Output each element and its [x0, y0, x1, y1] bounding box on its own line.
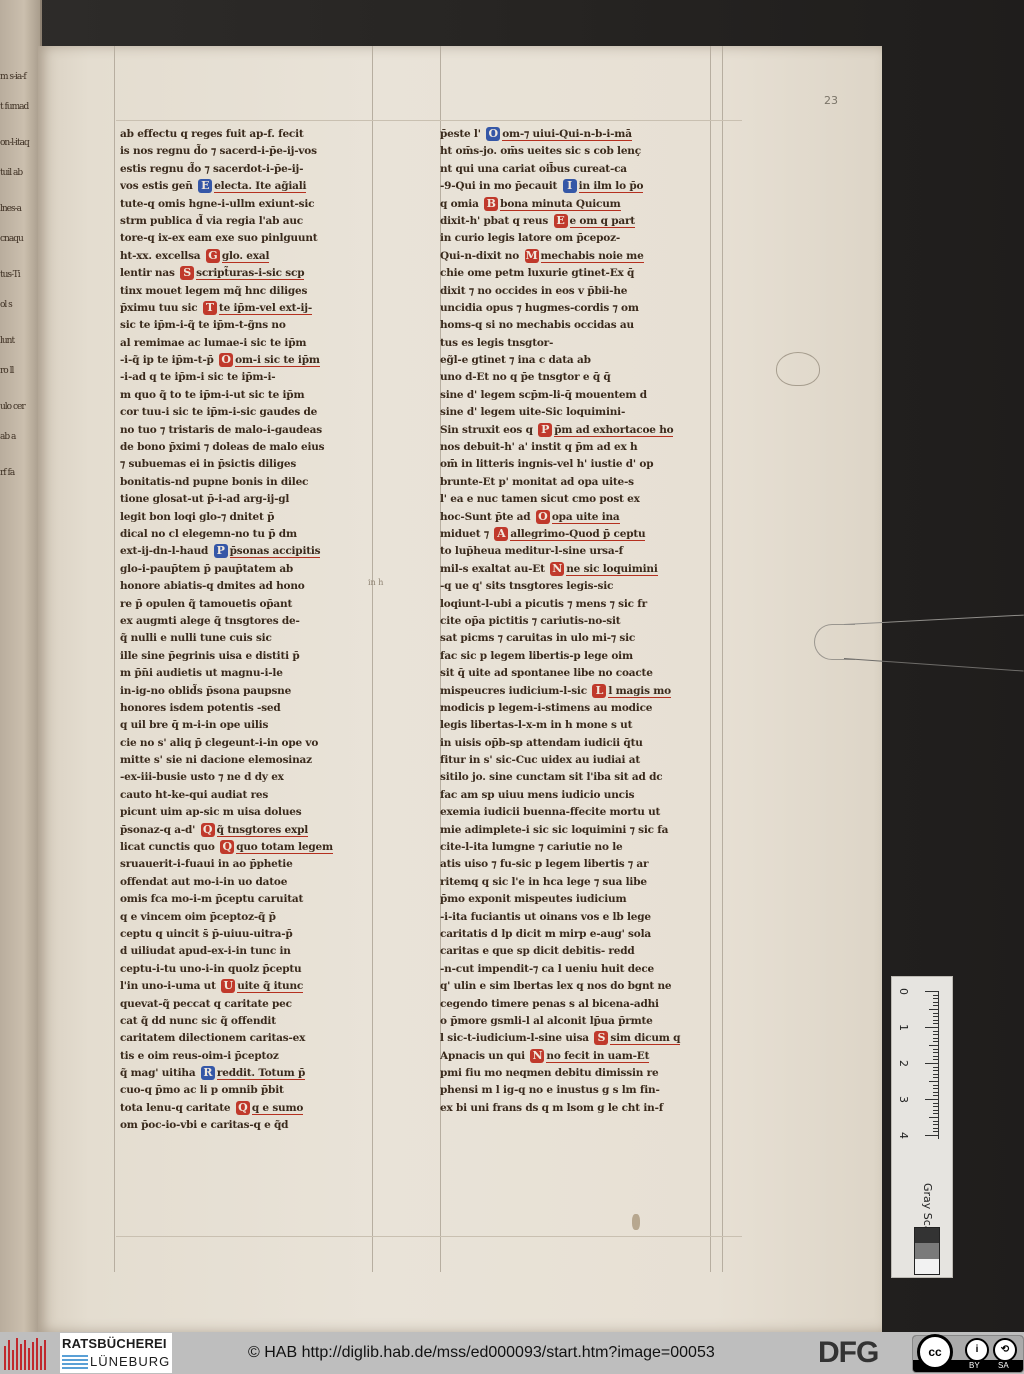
license-sa-label: SA — [998, 1361, 1009, 1370]
manuscript-line: sit q̄ uite ad spontanee libe no coacte — [440, 665, 708, 682]
manuscript-line: glo-i-paup̄tem p̄ paup̄tatem ab — [120, 561, 376, 578]
manuscript-line: -i-q̃ ip te ip̄m-t-p̄ Oom-i sic te ip̄m — [120, 352, 376, 369]
ruler-tick — [933, 995, 939, 996]
ruler-number: 4 — [897, 1132, 910, 1139]
manuscript-line: -q ue q' sits tnsgtores legis-sic — [440, 578, 708, 595]
library-logo-line2: LÜNEBURG — [90, 1354, 170, 1369]
rubricated-initial: G — [206, 249, 220, 263]
manuscript-line: bonitatis-nd pupne bonis in dilec — [120, 474, 376, 491]
manuscript-line: ceptu q uincit s̄ p̄-uiuu-uitra-p̄ — [120, 926, 376, 943]
folio-number: 23 — [824, 94, 838, 107]
facing-page-line: lunt — [0, 334, 40, 348]
manuscript-line: honores isdem potentis -sed — [120, 700, 376, 717]
manuscript-line: sitilo jo. sine cunctam sit l'iba sit ad… — [440, 769, 708, 786]
manuscript-line: caritas e que sp dicit debitis- redd — [440, 943, 708, 960]
manuscript-line: picunt uim ap-sic m uisa dolues — [120, 804, 376, 821]
ruler-tick — [933, 1128, 939, 1129]
manuscript-line: sruauerit-i-fuaui in ao p̄phetie — [120, 856, 376, 873]
manuscript-line: l'in uno-i-uma ut Uuite q̃ itunc — [120, 978, 376, 995]
manuscript-line: fitur in s' sic-Cuc uidex au iudiai at — [440, 752, 708, 769]
ruler-tick — [933, 1077, 939, 1078]
ruler-tick — [925, 1135, 939, 1136]
manuscript-line: in uisis op̄b-sp attendam iudicii q̄tu — [440, 735, 708, 752]
manuscript-line: ille sine p̄egrinis uisa e distiti p̄ — [120, 648, 376, 665]
manuscript-line: cie no s' aliq p̄ clegeunt-i-in ope vo — [120, 735, 376, 752]
ruler-tick — [925, 991, 939, 992]
manuscript-line: tute-q omis hgne-i-ullm exiunt-sic — [120, 196, 376, 213]
manuscript-line: homs-q si no mechabis occidas au — [440, 317, 708, 334]
manuscript-line: fac am sp uiuu mens iudicio uncis — [440, 787, 708, 804]
manuscript-line: cegendo timere penas s al bicena-adhi — [440, 996, 708, 1013]
rubricated-initial: O — [486, 127, 500, 141]
facing-page-text: m s-ia-ft fumadon-l-itaqtuil ablnes-acna… — [0, 70, 40, 496]
manuscript-line: de bono p̄ximi ⁊ doleas de malo eius — [120, 439, 376, 456]
rubricated-initial: E — [554, 214, 568, 228]
manuscript-line: omis fca mo-i-m p̄ceptu caruitat — [120, 891, 376, 908]
manuscript-line: ab effectu q reges fuit ap-f. fecit — [120, 126, 376, 143]
gray-swatch — [915, 1228, 939, 1243]
manuscript-line: tinx mouet legem mq̃ hnc diliges — [120, 283, 376, 300]
manuscript-line: q omia Bbona minuta Quicum — [440, 196, 708, 213]
manuscript-line: -ex-iii-busie usto ⁊ ne d dy ex — [120, 769, 376, 786]
manuscript-line: exemia iudicii buenna-ffecite mortu ut — [440, 804, 708, 821]
ruler-tick — [933, 1095, 939, 1096]
manuscript-line: chie ome petm luxurie gtinet-Ex q̄ — [440, 265, 708, 282]
manuscript-line: ceptu-i-tu uno-i-in quolz p̄ceptu — [120, 961, 376, 978]
manuscript-line: atis uiso ⁊ fu-sic p legem libertis ⁊ ar — [440, 856, 708, 873]
manuscript-line: q e vincem oim p̄ceptoz-q̃ p̄ — [120, 909, 376, 926]
manuscript-line: l sic-t-iudicium-l-sine uisa Ssim dicum … — [440, 1030, 708, 1047]
manuscript-line: to lup̄heua meditur-l-sine ursa-f — [440, 543, 708, 560]
ink-stain — [632, 1214, 640, 1230]
text-column-right: p̄este l' Oom-⁊ uiui-Qui-n-b-i-māht om̄s… — [440, 126, 708, 1117]
manuscript-line: mispeucres iudicium-l-sic Ll magis mo — [440, 683, 708, 700]
facing-page-line: tuil ab — [0, 166, 40, 180]
facing-page-line: cnaqu — [0, 232, 40, 246]
manuscript-line: mitte s' sie ni dacione elemosinaz — [120, 752, 376, 769]
manuscript-line: p̄mo exponit mispeutes iudicium — [440, 891, 708, 908]
manuscript-line: cite-l-ita lumgne ⁊ cariutie no le — [440, 839, 708, 856]
manuscript-line: Sin struxit eos q Pp̄m ad exhortacoe ho — [440, 422, 708, 439]
share-alike-icon: ⟲ — [993, 1338, 1017, 1362]
ruler-tick — [933, 1131, 939, 1132]
ruler-tick — [933, 1056, 939, 1057]
manuscript-line: offendat aut mo-i-in uo datoe — [120, 874, 376, 891]
ruler-number: 0 — [897, 988, 910, 995]
ruler-tick — [933, 1059, 939, 1060]
manuscript-line: brunte-Et p' monitat ad opa uite-s — [440, 474, 708, 491]
manuscript-line: cuo-q p̄mo ac li p omnib p̄bit — [120, 1082, 376, 1099]
ruler-tick — [925, 1099, 939, 1100]
facing-page-line: ab a — [0, 430, 40, 444]
manuscript-line: vos estis gen̄ Eelecta. Ite ag̃iali — [120, 178, 376, 195]
rubricated-initial: Q — [236, 1101, 250, 1115]
manuscript-line: ritemq q sic l'e in hca lege ⁊ sua libe — [440, 874, 708, 891]
ruler-tick — [929, 1009, 939, 1010]
manuscript-line: cat q̃ dd nunc sic q̃ offendit — [120, 1013, 376, 1030]
rubricated-initial: I — [563, 179, 577, 193]
rubricated-initial: N — [550, 562, 564, 576]
manuscript-line: cauto ht-ke-qui audiat res — [120, 787, 376, 804]
manuscript-line: l' ea e nuc tamen sicut cmo post ex — [440, 491, 708, 508]
manuscript-line: fac sic p legem libertis-p lege oim — [440, 648, 708, 665]
ruler-tick — [933, 1106, 939, 1107]
manuscript-line: dical no cl elegemn-no tu p̄ dm — [120, 526, 376, 543]
ruler-tick — [933, 1070, 939, 1071]
ruler-tick — [929, 1081, 939, 1082]
manuscript-line: re p̄ opulen q̃ tamouetis op̄ant — [120, 596, 376, 613]
facing-page-line: ol s — [0, 298, 40, 312]
ruler-tick — [933, 998, 939, 999]
ruler-number: 1 — [897, 1024, 910, 1031]
facing-page-line: ulo cer — [0, 400, 40, 414]
manuscript-line: -n-cut impendit-⁊ ca l ueniu huit dece — [440, 961, 708, 978]
manuscript-line: -9-Qui in mo p̄ecauit Iin ilm lo p̄o — [440, 178, 708, 195]
manuscript-line: sine d' legem scp̄m-li-q̄ mouentem d — [440, 387, 708, 404]
manuscript-line: caritatis d lp dicit m mirp e-aug' sola — [440, 926, 708, 943]
ruling-line — [116, 1236, 742, 1237]
rubricated-initial: U — [221, 979, 235, 993]
manuscript-line: cor tuu-i sic te ip̄m-i-sic gaudes de — [120, 404, 376, 421]
manuscript-line: q' ulin e sim lbertas lex q nos do bgnt … — [440, 978, 708, 995]
ruler-tick — [925, 1063, 939, 1064]
manuscript-line: -i-ad q te ip̄m-i sic te ip̄m-i- — [120, 369, 376, 386]
manuscript-line: ht om̄s-jo. om̄s ueites sic s cob lenç — [440, 143, 708, 160]
copyright-link[interactable]: © HAB http://diglib.hab.de/mss/ed000093/… — [248, 1344, 715, 1362]
manuscript-line: ⁊ subuemas ei in p̄sictis diliges — [120, 456, 376, 473]
ruler-tick — [933, 1074, 939, 1075]
facing-page-line: t fumad — [0, 100, 40, 114]
manuscript-line: mil-s exaltat au-Et Nne sic loquimini — [440, 561, 708, 578]
facing-page-edge: m s-ia-ft fumadon-l-itaqtuil ablnes-acna… — [0, 0, 42, 1332]
manuscript-line: no tuo ⁊ tristaris de malo-i-gaudeas — [120, 422, 376, 439]
manuscript-line: in curio legis latore om p̄cepoz- — [440, 230, 708, 247]
ruling-line — [722, 46, 723, 1272]
facing-page-line: on-l-itaq — [0, 136, 40, 150]
viewer-footer: RATSBÜCHEREI LÜNEBURG © HAB http://digli… — [0, 1332, 1024, 1374]
ruler-tick — [933, 1092, 939, 1093]
attribution-icon: i — [965, 1338, 989, 1362]
manuscript-line: tore-q ix-ex eam exe suo pinlguunt — [120, 230, 376, 247]
cc-icon: cc — [917, 1334, 953, 1370]
rubricated-initial: A — [494, 527, 508, 541]
ruler-tick — [933, 1038, 939, 1039]
manuscript-line: p̄ximu tuu sic Tte ip̄m-vel ext-ij- — [120, 300, 376, 317]
ruler-tick — [933, 1124, 939, 1125]
ruler-tick — [933, 1088, 939, 1089]
manuscript-line: lentir nas Sscript̃uras-i-sic scp — [120, 265, 376, 282]
ruling-line — [114, 46, 115, 1272]
book-waves-icon — [62, 1355, 88, 1371]
manuscript-line: quevat-q̃ peccat q caritate pec — [120, 996, 376, 1013]
manuscript-line: q̃ mag' uitiha Rreddit. Totum p̄ — [120, 1065, 376, 1082]
rubricated-initial: R — [201, 1066, 215, 1080]
facing-page-line: m s-ia-f — [0, 70, 40, 84]
manuscript-line: m quo q̃ to te ip̄m-i-ut sic te ip̄m — [120, 387, 376, 404]
gray-swatch — [915, 1259, 939, 1274]
rubricated-initial: L — [592, 684, 606, 698]
manuscript-line: om p̄oc-io-vbi e caritas-q e q̃d — [120, 1117, 376, 1134]
manuscript-line: strm publica d̃ via regia l'ab auc — [120, 213, 376, 230]
manuscript-line: o p̄more gsmli-l al alconit lp̄ua p̄rmte — [440, 1013, 708, 1030]
rubricated-initial: O — [536, 510, 550, 524]
manuscript-line: tota lenu-q caritate Qq e sumo — [120, 1100, 376, 1117]
rubricated-initial: S — [180, 266, 194, 280]
library-logo[interactable]: RATSBÜCHEREI LÜNEBURG — [60, 1333, 172, 1373]
ruler-number: 2 — [897, 1060, 910, 1067]
text-column-left: ab effectu q reges fuit ap-f. fecitis no… — [120, 126, 376, 1135]
manuscript-line: modicis p legem-i-stimens au modice — [440, 700, 708, 717]
library-logo-line1: RATSBÜCHEREI — [62, 1336, 167, 1351]
dfg-logo[interactable]: DFG — [818, 1338, 878, 1368]
manuscript-line: mie adimplete-i sic sic loquimini ⁊ sic … — [440, 822, 708, 839]
ruler-tick — [933, 1005, 939, 1006]
manuscript-line: uncidia opus ⁊ hugmes-cordis ⁊ om — [440, 300, 708, 317]
gray-swatch — [915, 1243, 939, 1258]
ruler-tick — [933, 1031, 939, 1032]
ruler-tick — [933, 1020, 939, 1021]
ruler-tick — [933, 1085, 939, 1086]
manuscript-line: om̄ in litteris ingnis-vel h' iustie d' … — [440, 456, 708, 473]
manuscript-line: dixit-h' pbat q reus Ee om q part — [440, 213, 708, 230]
rubricated-initial: Q — [201, 823, 215, 837]
manuscript-line: in-ig-no oblid̃s p̄sona paupsne — [120, 683, 376, 700]
rubricated-initial: E — [198, 179, 212, 193]
manuscript-line: tione glosat-ut p̄-i-ad arg-ij-gl — [120, 491, 376, 508]
manuscript-line: caritatem dilectionem caritas-ex — [120, 1030, 376, 1047]
ruler-tick — [933, 1049, 939, 1050]
manuscript-line: is nos regnu d̃o ⁊ sacerd-i-p̄e-ij-vos — [120, 143, 376, 160]
facing-page-line: ro ll — [0, 364, 40, 378]
page-holder-strip — [814, 614, 1024, 664]
manuscript-line: eg̃l-e gtinet ⁊ ina c data ab — [440, 352, 708, 369]
manuscript-line: nt qui una cariat oib̄us cureat-ca — [440, 161, 708, 178]
manuscript-line: sine d' legem uite-Sic loquimini- — [440, 404, 708, 421]
rubricated-initial: S — [594, 1031, 608, 1045]
ruler-tick — [933, 1113, 939, 1114]
ruler-tick — [929, 1117, 939, 1118]
manuscript-line: q̃ nulli e nulli tune cuis sic — [120, 630, 376, 647]
ruler-number: 3 — [897, 1096, 910, 1103]
manuscript-line: honore abiatis-q dmites ad hono — [120, 578, 376, 595]
gray-scale-ruler: Gray Scale 01234 — [891, 976, 953, 1278]
manuscript-line: pmi fiu mo neqmen debitu dimissin re — [440, 1065, 708, 1082]
ruler-tick — [933, 1016, 939, 1017]
marginal-note: in h — [368, 578, 383, 587]
ruler-tick — [925, 1027, 939, 1028]
manuscript-line: ex augmti alege q̃ tnsgtores de- — [120, 613, 376, 630]
marginal-sketch — [776, 352, 820, 386]
manuscript-line: sat picms ⁊ caruitas in ulo mi-⁊ sic — [440, 630, 708, 647]
facing-page-line: tus-Ti — [0, 268, 40, 282]
ruler-tick — [933, 1013, 939, 1014]
ruler-tick — [933, 1034, 939, 1035]
library-mark-icon — [4, 1338, 48, 1370]
ruler-tick — [933, 1041, 939, 1042]
manuscript-line: tis e oim reus-oim-i p̄ceptoz — [120, 1048, 376, 1065]
gray-swatches — [914, 1227, 940, 1275]
manuscript-leaf: 23 ab effectu q reges fuit ap-f. fecitis… — [38, 46, 882, 1332]
manuscript-line: sic te ip̄m-i-q̃ te ip̄m-t-g̃ns no — [120, 317, 376, 334]
facing-page-line: lnes-a — [0, 202, 40, 216]
rubricated-initial: O — [219, 353, 233, 367]
facing-page-line: rf fa — [0, 466, 40, 480]
manuscript-line: ht-xx. excellsa Gglo. exal — [120, 248, 376, 265]
manuscript-line: miduet ⁊ Aallegrimo-Quod p̄ ceptu — [440, 526, 708, 543]
manuscript-line: uno d-Et no q p̄e tnsgtor e q̄ q̄ — [440, 369, 708, 386]
manuscript-line: p̄sonaz-q a-d' Qq̃ tnsgtores expl — [120, 822, 376, 839]
manuscript-line: loqiunt-l-ubi a picutis ⁊ mens ⁊ sic fr — [440, 596, 708, 613]
cc-license-badge[interactable]: cc i ⟲ BY SA — [912, 1335, 1024, 1373]
ruler-tick — [933, 1110, 939, 1111]
manuscript-line: tus es legis tnsgtor- — [440, 335, 708, 352]
rubricated-initial: N — [530, 1049, 544, 1063]
manuscript-line: p̄este l' Oom-⁊ uiui-Qui-n-b-i-mā — [440, 126, 708, 143]
rubricated-initial: P — [214, 544, 228, 558]
rubricated-initial: P — [538, 423, 552, 437]
manuscript-line: phensi m l ig-q no e inustus g s lm fin- — [440, 1082, 708, 1099]
ruler-tick — [933, 1121, 939, 1122]
manuscript-line: legis libertas-l-x-m in h mone s ut — [440, 717, 708, 734]
manuscript-line: nos debuit-h' a' instit q p̄m ad ex h — [440, 439, 708, 456]
manuscript-line: ex bi uni frans ds q m lsom g le cht in-… — [440, 1100, 708, 1117]
manuscript-line: legit bon loqi glo-⁊ dnitet p̄ — [120, 509, 376, 526]
license-by-label: BY — [969, 1361, 980, 1370]
ruler-tick — [933, 1103, 939, 1104]
ruling-line — [116, 120, 742, 121]
manuscript-line: licat cunctis quo Qquo totam legem — [120, 839, 376, 856]
rubricated-initial: T — [203, 301, 217, 315]
rubricated-initial: Q — [220, 840, 234, 854]
manuscript-line: d uiliudat apud-ex-i-in tunc in — [120, 943, 376, 960]
manuscript-line: m p̄n̄i audietis ut magnu-i-le — [120, 665, 376, 682]
manuscript-line: cite op̄a pictitis ⁊ cariutis-no-sit — [440, 613, 708, 630]
manuscript-line: al remimae ac lumae-i sic te ip̄m — [120, 335, 376, 352]
manuscript-line: dixit ⁊ no occides in eos v p̄bii-he — [440, 283, 708, 300]
ruler-tick — [933, 1052, 939, 1053]
ruler-tick — [933, 1002, 939, 1003]
ruler-tick — [933, 1067, 939, 1068]
manuscript-line: estis regnu d̃o ⁊ sacerdot-i-p̄e-ij- — [120, 161, 376, 178]
rubricated-initial: B — [484, 197, 498, 211]
manuscript-line: ext-ij-dn-l-haud Pp̄sonas accipitis — [120, 543, 376, 560]
ruling-line — [710, 46, 711, 1272]
ruler-tick — [929, 1045, 939, 1046]
manuscript-line: Qui-n-dixit no Mmechabis noie me — [440, 248, 708, 265]
ruler-tick — [933, 1023, 939, 1024]
manuscript-line: q uil bre q̄ m-i-in ope uilis — [120, 717, 376, 734]
manuscript-line: -i-ita fuciantis ut oinans vos e lb lege — [440, 909, 708, 926]
manuscript-line: hoc-Sunt p̄te ad Oopa uite ina — [440, 509, 708, 526]
rubricated-initial: M — [525, 249, 539, 263]
manuscript-line: Apnacis un qui Nno fecit in uam-Et — [440, 1048, 708, 1065]
